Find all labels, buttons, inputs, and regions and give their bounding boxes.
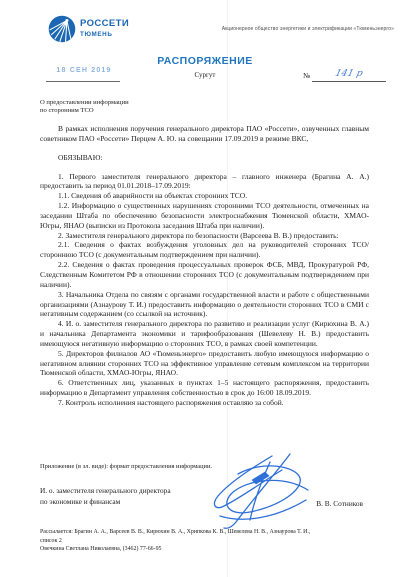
subject-line-2: по сторонним ТСО (40, 107, 129, 115)
document-number-handwritten: 141 р (317, 68, 382, 79)
order-item-2: 2. Заместителя генерального директора по… (40, 231, 369, 241)
document-number-label: № (303, 71, 310, 80)
logo-text-tyumen: ТЮМЕНЬ (80, 32, 129, 38)
handwritten-signature (208, 452, 316, 530)
order-item-7: 7. Контроль исполнения настоящего распор… (40, 398, 369, 408)
order-item-3: 3. Начальника Отдела по связям с органам… (40, 290, 369, 320)
subject-line-1: О предоставлении информации (40, 99, 129, 107)
logo-text: РОССЕТИ ТЮМЕНЬ (80, 19, 129, 38)
subject-block: О предоставлении информации по сторонним… (40, 99, 129, 115)
company-logo: РОССЕТИ ТЮМЕНЬ (48, 15, 129, 43)
signer-name: В. В. Сотников (316, 499, 363, 508)
rosseti-logo-icon (48, 15, 76, 43)
document-body: В рамках исполнения поручения генерально… (40, 124, 369, 408)
order-item-1-2: 1.2. Информацию о существенных нарушения… (40, 201, 369, 231)
order-item-1: 1. Первого заместителя генерального дире… (40, 172, 369, 192)
date-stamp-underline (46, 81, 120, 82)
order-item-2-2: 2.2. Сведения о фактах проведения процес… (40, 260, 369, 290)
document-number-underline (312, 81, 386, 82)
document-page: РОССЕТИ ТЮМЕНЬ Акционерное общество энер… (0, 0, 402, 577)
obligate-heading: ОБЯЗЫВАЮ: (40, 153, 369, 163)
order-item-5: 5. Директоров филиалов АО «Тюменьэнерго»… (40, 349, 369, 379)
signer-position: И. о. заместителя генерального директора… (40, 486, 171, 507)
distribution-line-1: Рассылается: Брагин А. А., Варсеев В. В.… (40, 528, 310, 537)
signer-position-line-1: И. о. заместителя генерального директора (40, 486, 171, 497)
attachment-note: Приложение (в эл. виде): формат предоста… (40, 463, 212, 470)
contact-line: Овечкина Светлана Николаевна, (3462) 77-… (40, 545, 310, 554)
order-item-4: 4. И. о. заместителя генерального директ… (40, 319, 369, 349)
logo-text-rosseti: РОССЕТИ (80, 19, 129, 29)
company-full-name: Акционерное общество энергетики и электр… (174, 26, 394, 32)
distribution-block: Рассылается: Брагин А. А., Варсеев В. В.… (40, 528, 310, 554)
signer-position-line-2: по экономике и финансам (40, 497, 171, 508)
distribution-line-2: список 2 (40, 537, 310, 546)
document-title: РАСПОРЯЖЕНИЕ (40, 55, 370, 67)
order-item-2-1: 2.1. Сведения о фактах возбуждения уголо… (40, 240, 369, 260)
intro-paragraph: В рамках исполнения поручения генерально… (40, 124, 369, 144)
order-item-6: 6. Ответственных лиц, указанных в пункта… (40, 378, 369, 398)
order-item-1-1: 1.1. Сведения об аварийности на объектах… (40, 191, 369, 201)
